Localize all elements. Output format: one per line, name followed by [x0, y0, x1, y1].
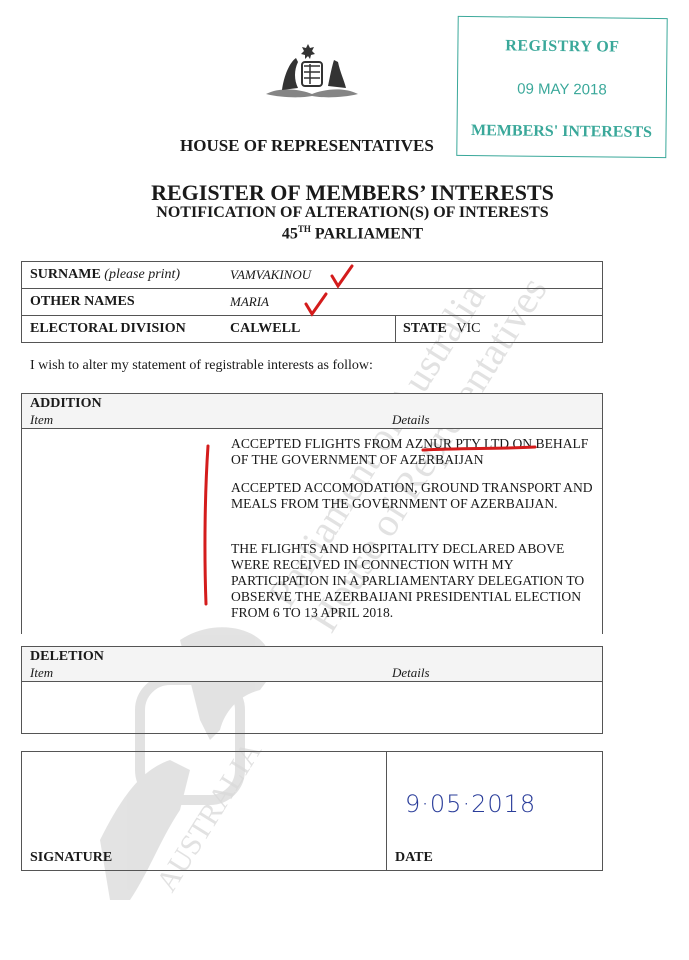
addition-details-label: Details: [392, 412, 430, 428]
deletion-item-label: Item: [30, 665, 53, 681]
checkmark-icon: [302, 290, 332, 320]
stamp-line1: REGISTRY OF: [458, 37, 666, 57]
division-label: ELECTORAL DIVISION: [30, 321, 186, 337]
page-subtitle: NOTIFICATION OF ALTERATION(S) OF INTERES…: [0, 204, 689, 222]
deletion-heading: DELETION: [30, 649, 104, 665]
registry-stamp: REGISTRY OF 09 MAY 2018 MEMBERS' INTERES…: [456, 16, 667, 158]
division-value: CALWELL: [230, 321, 300, 337]
state-cell: STATE VIC: [395, 316, 480, 342]
state-value: VIC: [456, 321, 480, 336]
house-heading: HOUSE OF REPRESENTATIVES: [180, 136, 434, 156]
handwritten-date: 9·05·2018: [405, 790, 536, 818]
underline-annotation: [420, 444, 540, 454]
signature-cell: SIGNATURE: [22, 752, 387, 870]
other-names-label: OTHER NAMES: [30, 294, 135, 310]
date-cell: 9·05·2018 DATE: [387, 752, 602, 870]
checkmark-icon: [328, 262, 358, 292]
addition-item-label: Item: [30, 412, 53, 428]
addition-paragraph: THE FLIGHTS AND HOSPITALITY DECLARED ABO…: [231, 541, 601, 621]
addition-section: ADDITION Item Details ACCEPTED FLIGHTS F…: [21, 393, 603, 634]
surname-row: SURNAME (please print) VAMVAKINOU: [22, 262, 602, 289]
deletion-section: DELETION Item Details: [21, 646, 603, 734]
addition-header: ADDITION Item Details: [22, 394, 602, 429]
margin-line-annotation: [196, 440, 216, 610]
intro-text: I wish to alter my statement of registra…: [30, 358, 373, 374]
other-names-value: MARIA: [230, 294, 269, 310]
addition-paragraph: ACCEPTED FLIGHTS FROM AZNUR PTY LTD ON B…: [231, 436, 601, 468]
deletion-details-label: Details: [392, 665, 430, 681]
surname-label: SURNAME (please print): [30, 267, 180, 283]
page-title: REGISTER OF MEMBERS’ INTERESTS: [0, 180, 689, 206]
signature-section: SIGNATURE 9·05·2018 DATE: [21, 751, 603, 871]
deletion-header: DELETION Item Details: [22, 647, 602, 682]
addition-paragraph: ACCEPTED ACCOMODATION, GROUND TRANSPORT …: [231, 480, 601, 512]
state-label: STATE: [403, 321, 447, 336]
stamp-date: 09 MAY 2018: [458, 80, 666, 99]
date-label: DATE: [395, 850, 433, 866]
surname-value: VAMVAKINOU: [230, 267, 311, 283]
coat-of-arms-icon: [262, 40, 362, 110]
addition-heading: ADDITION: [30, 396, 102, 412]
parliament-heading: 45TH PARLIAMENT: [0, 224, 689, 243]
signature-label: SIGNATURE: [30, 850, 112, 866]
stamp-line3: MEMBERS' INTERESTS: [457, 122, 665, 142]
